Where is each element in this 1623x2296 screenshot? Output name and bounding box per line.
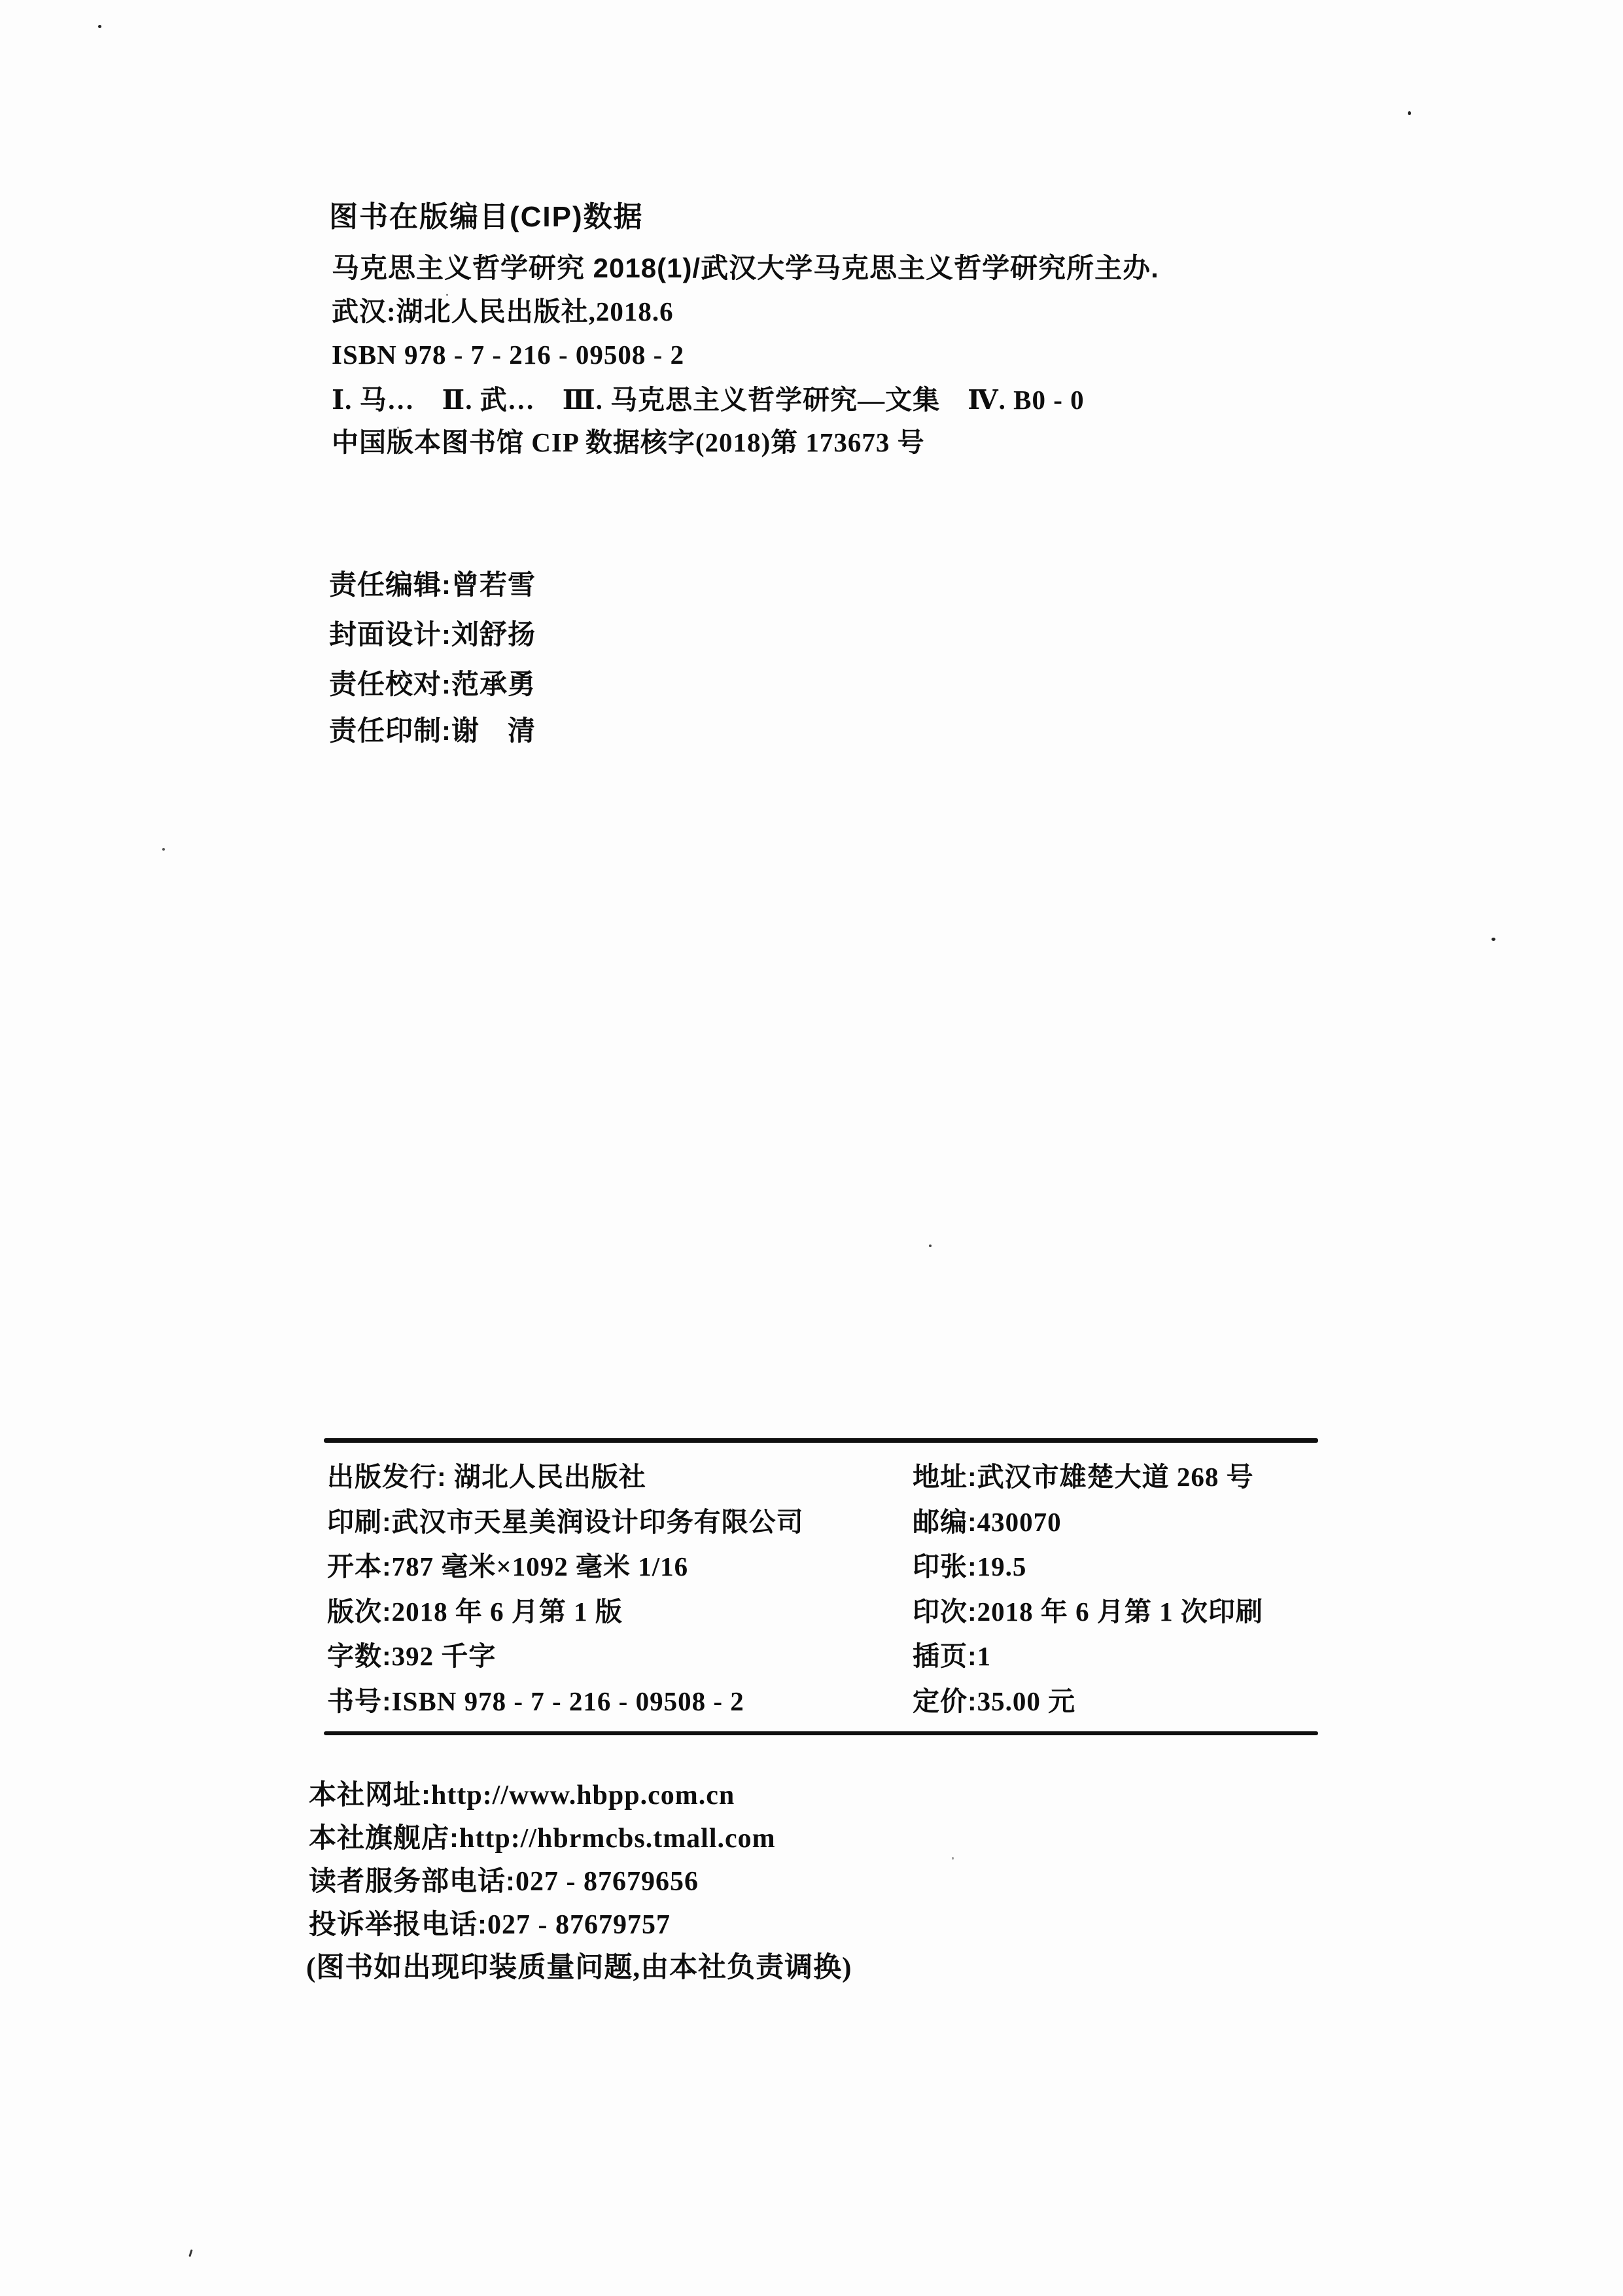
- pub-label: 地址:: [913, 1462, 977, 1492]
- pub-label: 印张:: [913, 1551, 977, 1581]
- staff-name: 刘舒扬: [451, 620, 536, 650]
- staff-label: 封面设计:: [329, 619, 451, 650]
- staff-row-proofreader: 责任校对:范承勇: [329, 671, 536, 699]
- pub-value: 392 千字: [392, 1641, 497, 1671]
- divider-top-rule: [324, 1438, 1318, 1443]
- pub-label: 出版发行:: [327, 1462, 447, 1492]
- scan-speck: [446, 294, 448, 296]
- pub-row-printer: 印刷:武汉市天星美润设计印务有限公司: [327, 1509, 804, 1536]
- contact-label: 本社旗舰店:: [309, 1822, 459, 1853]
- scan-speck: [1408, 111, 1411, 115]
- scan-speck: [397, 427, 399, 429]
- contact-value: http://www.hbpp.com.cn: [431, 1780, 735, 1810]
- cip-main-entry: 马克思主义哲学研究 2018(1)/武汉大学马克思主义哲学研究所主办.: [332, 255, 1159, 282]
- pub-value: 湖北人民出版社: [447, 1462, 646, 1492]
- pub-row-word-count: 字数:392 千字: [327, 1643, 496, 1670]
- cip-publisher-line: 武汉:湖北人民出版社,2018.6: [332, 298, 674, 325]
- contact-value: http://hbrmcbs.tmall.com: [459, 1824, 776, 1854]
- staff-row-print-supervisor: 责任印制:谢 清: [329, 717, 536, 745]
- staff-label: 责任编辑:: [329, 569, 451, 600]
- pub-row-edition: 版次:2018 年 6 月第 1 版: [327, 1598, 623, 1625]
- pub-value: 787 毫米×1092 毫米 1/16: [392, 1551, 689, 1581]
- pub-label: 印刷:: [327, 1507, 392, 1537]
- scan-speck: [162, 848, 165, 851]
- pub-value: 35.00 元: [977, 1686, 1076, 1716]
- pub-value: 2018 年 6 月第 1 版: [392, 1597, 623, 1627]
- cip-classification-line: Ⅰ. 马… Ⅱ. 武… Ⅲ. 马克思主义哲学研究—文集 Ⅳ. B0 - 0: [332, 387, 1085, 414]
- pub-value: 2018 年 6 月第 1 次印刷: [977, 1597, 1263, 1627]
- contact-label: 读者服务部电话:: [309, 1865, 515, 1896]
- staff-name: 谢 清: [451, 716, 536, 747]
- pub-value: 武汉市天星美润设计印务有限公司: [392, 1507, 804, 1537]
- contact-value: 027 - 87679757: [487, 1910, 671, 1940]
- pub-value: 19.5: [977, 1551, 1027, 1581]
- pub-label: 字数:: [327, 1641, 392, 1671]
- staff-name: 曾若雪: [451, 571, 536, 601]
- staff-row-cover-design: 封面设计:刘舒扬: [329, 621, 536, 649]
- scan-speck: [188, 2250, 192, 2257]
- contact-row-complaint-phone: 投诉举报电话:027 - 87679757: [309, 1911, 671, 1939]
- contact-label: 本社网址:: [309, 1779, 431, 1810]
- contact-row-website: 本社网址:http://www.hbpp.com.cn: [309, 1781, 735, 1809]
- pub-value: 430070: [977, 1507, 1062, 1537]
- pub-row-price: 定价:35.00 元: [913, 1688, 1075, 1715]
- scan-speck: [98, 25, 101, 28]
- pub-label: 版次:: [327, 1597, 392, 1627]
- contact-value: 027 - 87679656: [515, 1867, 699, 1897]
- cip-record-number-line: 中国版本图书馆 CIP 数据核字(2018)第 173673 号: [332, 429, 925, 456]
- quality-exchange-note: (图书如出现印装质量问题,由本社负责调换): [306, 1954, 852, 1982]
- pub-row-address: 地址:武汉市雄楚大道 268 号: [913, 1464, 1254, 1491]
- pub-label: 开本:: [327, 1551, 392, 1581]
- pub-row-impression: 印次:2018 年 6 月第 1 次印刷: [913, 1598, 1263, 1625]
- divider-bottom-rule: [324, 1731, 1318, 1735]
- scan-speck: [952, 1857, 954, 1860]
- pub-label: 插页:: [913, 1641, 977, 1671]
- pub-row-format: 开本:787 毫米×1092 毫米 1/16: [327, 1553, 688, 1580]
- pub-label: 定价:: [913, 1686, 977, 1716]
- scan-speck: [929, 1245, 932, 1247]
- contact-row-reader-service-phone: 读者服务部电话:027 - 87679656: [309, 1867, 699, 1896]
- staff-label: 责任校对:: [329, 669, 451, 699]
- pub-value: 1: [977, 1641, 992, 1671]
- pub-value: ISBN 978 - 7 - 216 - 09508 - 2: [392, 1686, 744, 1716]
- pub-label: 书号:: [327, 1686, 392, 1716]
- contact-label: 投诉举报电话:: [309, 1909, 487, 1939]
- copyright-page: 图书在版编目(CIP)数据 马克思主义哲学研究 2018(1)/武汉大学马克思主…: [0, 0, 1623, 2296]
- scan-speck: [1492, 938, 1495, 941]
- cip-title: 图书在版编目(CIP)数据: [329, 203, 644, 232]
- pub-row-postcode: 邮编:430070: [913, 1509, 1062, 1536]
- pub-row-book-number: 书号:ISBN 978 - 7 - 216 - 09508 - 2: [327, 1688, 744, 1715]
- pub-value: 武汉市雄楚大道 268 号: [977, 1462, 1254, 1492]
- pub-row-publisher: 出版发行: 湖北人民出版社: [327, 1464, 646, 1491]
- pub-row-sheets: 印张:19.5: [913, 1553, 1026, 1580]
- pub-row-inserts: 插页:1: [913, 1643, 991, 1670]
- pub-label: 印次:: [913, 1597, 977, 1627]
- pub-label: 邮编:: [913, 1507, 977, 1537]
- staff-name: 范承勇: [451, 670, 536, 700]
- staff-label: 责任印制:: [329, 715, 451, 746]
- staff-row-editor: 责任编辑:曾若雪: [329, 571, 536, 599]
- contact-row-flagship-store: 本社旗舰店:http://hbrmcbs.tmall.com: [309, 1824, 776, 1852]
- cip-isbn-line: ISBN 978 - 7 - 216 - 09508 - 2: [332, 342, 684, 368]
